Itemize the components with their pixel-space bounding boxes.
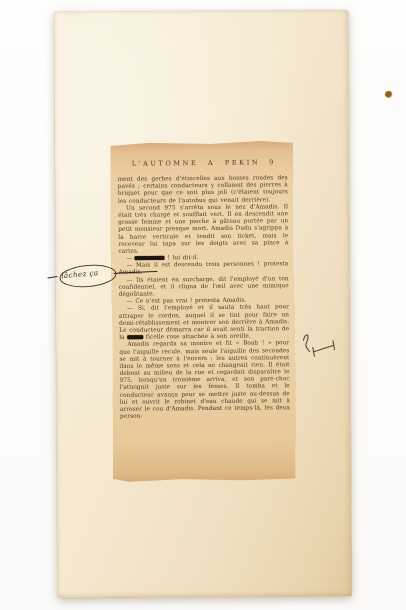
printed-text: ment des gerbes d'étincelles aux bosses … [118, 175, 290, 421]
paragraph: — Si, dit l'employé et il sauta très hau… [119, 305, 289, 343]
pasted-proof-page: L'AUTOMNE A PEKIN 9 ment des gerbes d'ét… [109, 140, 296, 483]
paragraph: ment des gerbes d'étincelles aux bosses … [118, 175, 288, 205]
paragraph: Amadis regarda sa montre et fit « Boah !… [119, 340, 290, 421]
proof-page-content: L'AUTOMNE A PEKIN 9 ment des gerbes d'ét… [118, 158, 291, 475]
redaction-mark [135, 256, 165, 260]
paragraph: — Ils étaient en surcharge, dit l'employ… [119, 276, 289, 299]
page-folio-number: 9 [269, 158, 273, 166]
document-photo: L'AUTOMNE A PEKIN 9 ment des gerbes d'ét… [0, 0, 406, 610]
redaction-mark [127, 335, 143, 339]
running-head-title: L'AUTOMNE A PEKIN [132, 158, 260, 167]
paragraph: Un second 975 s'arrêta sous le nez d'Ama… [118, 204, 288, 256]
paragraph: — Mais il est descendu trois personnes !… [119, 261, 289, 277]
ink-stain [385, 91, 393, 98]
running-head: L'AUTOMNE A PEKIN 9 [118, 158, 288, 168]
